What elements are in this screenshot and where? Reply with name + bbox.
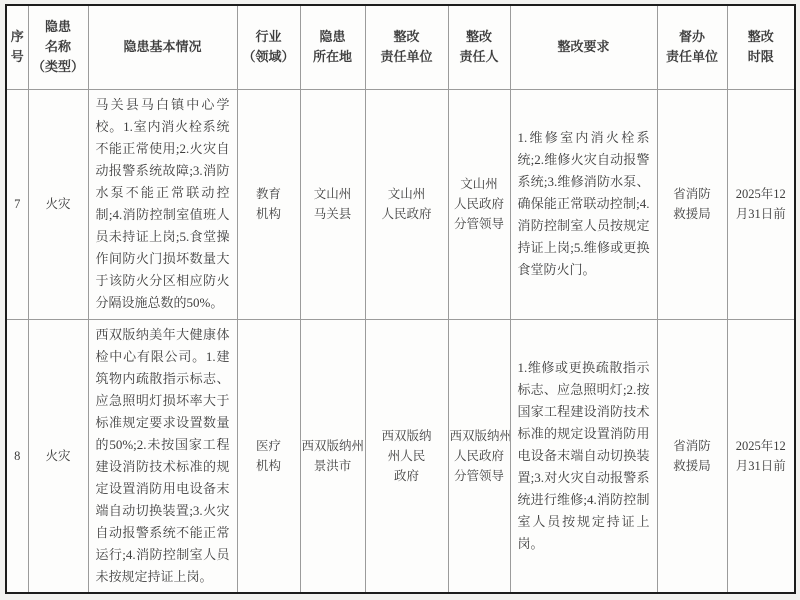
header-location: 隐患 所在地	[300, 5, 365, 89]
cell-industry: 教育 机构	[237, 89, 300, 319]
header-requirements: 整改要求	[510, 5, 657, 89]
table-row: 8 火灾 西双版纳美年大健康体检中心有限公司。1.建筑物内疏散指示标志、应急照明…	[6, 319, 795, 593]
cell-location: 文山州 马关县	[300, 89, 365, 319]
cell-seq: 8	[6, 319, 28, 593]
header-supervising-unit: 督办 责任单位	[657, 5, 727, 89]
header-industry: 行业 （领域）	[237, 5, 300, 89]
cell-rectify-person: 文山州 人民政府 分管领导	[448, 89, 510, 319]
header-rectify-person: 整改 责任人	[448, 5, 510, 89]
header-seq: 序 号	[6, 5, 28, 89]
cell-location: 西双版纳州 景洪市	[300, 319, 365, 593]
header-row: 序 号 隐患 名称 （类型） 隐患基本情况 行业 （领域） 隐患 所在地 整改 …	[6, 5, 795, 89]
header-rectify-unit: 整改 责任单位	[365, 5, 448, 89]
document-sheet: 序 号 隐患 名称 （类型） 隐患基本情况 行业 （领域） 隐患 所在地 整改 …	[5, 4, 796, 594]
header-details: 隐患基本情况	[88, 5, 237, 89]
cell-requirements: 1.维修室内消火栓系统;2.维修火灾自动报警系统;3.维修消防水泵、确保能正常联…	[510, 89, 657, 319]
cell-hazard-type: 火灾	[28, 319, 88, 593]
hazard-rectification-table: 序 号 隐患 名称 （类型） 隐患基本情况 行业 （领域） 隐患 所在地 整改 …	[5, 4, 796, 594]
header-hazard-type: 隐患 名称 （类型）	[28, 5, 88, 89]
cell-deadline: 2025年12 月31日前	[727, 89, 795, 319]
cell-rectify-unit: 西双版纳 州人民 政府	[365, 319, 448, 593]
cell-details: 马关县马白镇中心学校。1.室内消火栓系统不能正常使用;2.火灾自动报警系统故障;…	[88, 89, 237, 319]
table-row: 7 火灾 马关县马白镇中心学校。1.室内消火栓系统不能正常使用;2.火灾自动报警…	[6, 89, 795, 319]
header-deadline: 整改 时限	[727, 5, 795, 89]
cell-deadline: 2025年12 月31日前	[727, 319, 795, 593]
cell-requirements: 1.维修或更换疏散指示标志、应急照明灯;2.按国家工程建设消防技术标准的规定设置…	[510, 319, 657, 593]
cell-seq: 7	[6, 89, 28, 319]
cell-rectify-person: 西双版纳州 人民政府 分管领导	[448, 319, 510, 593]
cell-hazard-type: 火灾	[28, 89, 88, 319]
cell-rectify-unit: 文山州 人民政府	[365, 89, 448, 319]
cell-industry: 医疗 机构	[237, 319, 300, 593]
cell-supervising-unit: 省消防 救援局	[657, 319, 727, 593]
cell-supervising-unit: 省消防 救援局	[657, 89, 727, 319]
cell-details: 西双版纳美年大健康体检中心有限公司。1.建筑物内疏散指示标志、应急照明灯损坏率大…	[88, 319, 237, 593]
